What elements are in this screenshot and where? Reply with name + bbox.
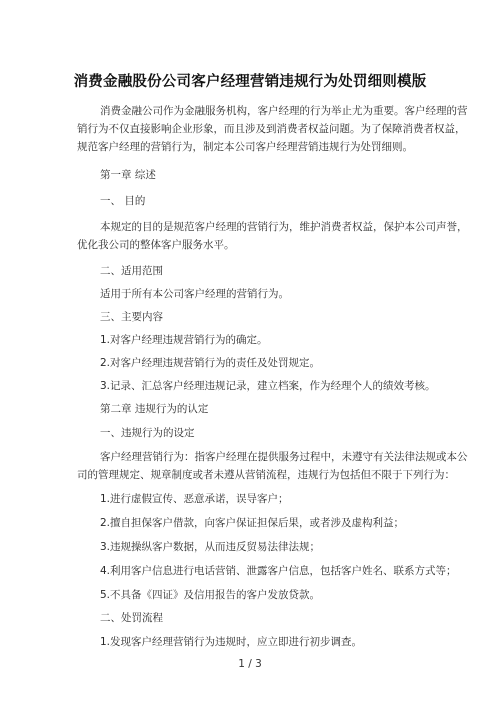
violation-definition-line: 司的管理规定、规章制度或者未遵从营销流程，违规行为包括但不限于下列行为： (77, 466, 447, 484)
purpose-line: 本规定的目的是规范客户经理的营销行为，维护消费者权益，保护本公司声誉， (77, 218, 447, 236)
violation-definition-line: 客户经理营销行为：指客户经理在提供服务过程中，未遵守有关法律法规或本公 (77, 448, 447, 466)
intro-line: 消费金融公司作为金融服务机构，客户经理的行为举止尤为重要。客户经理的营 (77, 102, 447, 120)
intro-paragraph: 消费金融公司作为金融服务机构，客户经理的行为举止尤为重要。客户经理的营 销行为不… (77, 102, 447, 156)
chapter1-section2-heading: 二、适用范围 (100, 262, 470, 280)
purpose-paragraph: 本规定的目的是规范客户经理的营销行为，维护消费者权益，保护本公司声誉， 优化我公… (77, 218, 447, 254)
main-content-item: 3.记录、汇总客户经理违规记录，建立档案，作为经理个人的绩效考核。 (100, 377, 470, 395)
chapter1-heading: 第一章 综述 (100, 166, 470, 184)
chapter2-heading: 第二章 违规行为的认定 (100, 400, 470, 418)
chapter2-section1-heading: 一、违规行为的设定 (100, 424, 470, 442)
penalty-process-item: 1.发现客户经理营销行为违规时，应立即进行初步调查。 (100, 633, 470, 651)
intro-line: 销行为不仅直接影响企业形象，而且涉及到消费者权益问题。为了保障消费者权益， (77, 120, 447, 138)
violation-item: 4.利用客户信息进行电话营销、泄露客户信息，包括客户姓名、联系方式等； (100, 562, 470, 580)
chapter1-section3-heading: 三、主要内容 (100, 308, 470, 326)
violation-item: 5.不具备《四证》及信用报告的客户发放贷款。 (100, 586, 470, 604)
violation-item: 2.擅自担保客户借款，向客户保证担保后果，或者涉及虚构利益； (100, 514, 470, 532)
document-title: 消费金融股份公司客户经理营销违规行为处罚细则模版 (0, 70, 500, 91)
chapter1-section1-heading: 一、 目的 (100, 192, 470, 210)
chapter2-section2-heading: 二、处罚流程 (100, 609, 470, 627)
document-page: 消费金融股份公司客户经理营销违规行为处罚细则模版 消费金融公司作为金融服务机构，… (0, 0, 500, 707)
main-content-item: 2.对客户经理违规营销行为的责任及处罚规定。 (100, 354, 470, 372)
violation-definition-paragraph: 客户经理营销行为：指客户经理在提供服务过程中，未遵守有关法律法规或本公 司的管理… (77, 448, 447, 484)
main-content-item: 1.对客户经理违规营销行为的确定。 (100, 331, 470, 349)
intro-line: 规范客户经理的营销行为，制定本公司客户经理营销违规行为处罚细则。 (77, 138, 447, 156)
purpose-line: 优化我公司的整体客户服务水平。 (77, 236, 447, 254)
violation-item: 1.进行虚假宣传、恶意承诺，误导客户； (100, 490, 470, 508)
scope-text: 适用于所有本公司客户经理的营销行为。 (100, 285, 470, 303)
violation-item: 3.违规操纵客户数据，从而违反贸易法律法规； (100, 538, 470, 556)
page-indicator: 1 / 3 (0, 658, 500, 670)
